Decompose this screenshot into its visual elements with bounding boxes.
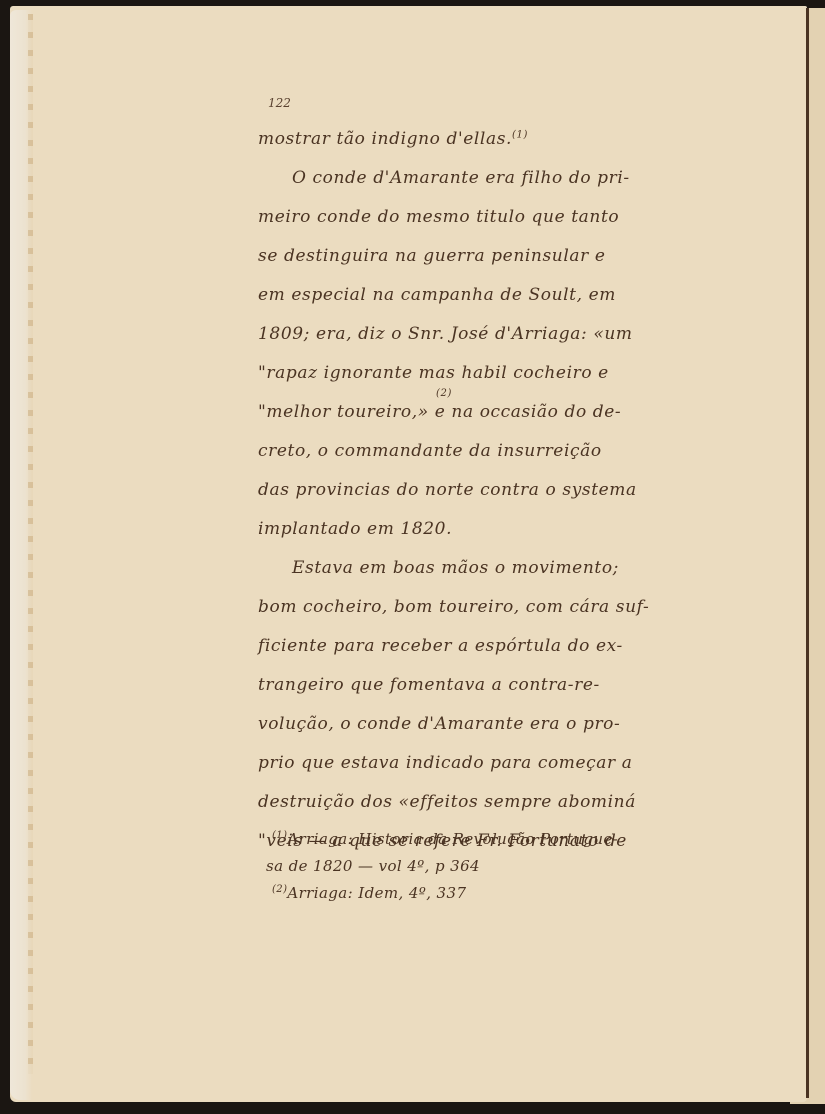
body-line: 1809; era, diz o Snr. José d'Arriaga: «u…	[258, 324, 633, 344]
body-line: bom cocheiro, bom toureiro, com cára suf…	[258, 597, 649, 617]
body-line: volução, o conde d'Amarante era o pro-	[258, 714, 620, 734]
footnote-1-continued: sa de 1820 — vol 4º, p 364	[266, 857, 480, 875]
binding-spine	[806, 8, 809, 1098]
body-line: em especial na campanha de Soult, em	[258, 285, 616, 305]
body-line: Estava em boas mãos o movimento;	[292, 558, 619, 578]
body-line: creto, o commandante da insurreição	[258, 441, 602, 461]
body-line: implantado em 1820.	[258, 519, 452, 539]
foxing-stains	[28, 14, 33, 1074]
footnote-2: (2)Arriaga: Idem, 4º, 337	[272, 884, 466, 902]
body-line: "melhor toureiro,» e na occasião do de-(…	[258, 402, 621, 422]
scanned-manuscript: 122 mostrar tão indigno d'ellas.(1) O co…	[0, 0, 825, 1114]
body-line: mostrar tão indigno d'ellas.(1)	[258, 129, 528, 149]
body-line: destruição dos «effeitos sempre abominá	[258, 792, 636, 812]
body-line: O conde d'Amarante era filho do pri-	[292, 168, 630, 188]
page-number: 122	[268, 96, 291, 110]
body-line: meiro conde do mesmo titulo que tanto	[258, 207, 619, 227]
body-line: prio que estava indicado para começar a	[258, 753, 633, 773]
body-line: "rapaz ignorante mas habil cocheiro e	[258, 363, 609, 383]
footnote-marker: (1)	[512, 129, 528, 140]
body-line: das provincias do norte contra o systema	[258, 480, 637, 500]
body-line: ficiente para receber a espórtula do ex-	[258, 636, 623, 656]
footnote-marker: (2)	[436, 388, 452, 399]
body-line: se destinguira na guerra peninsular e	[258, 246, 606, 266]
body-line: trangeiro que fomentava a contra-re-	[258, 675, 600, 695]
footnote-1: (1)Arriaga: Historia da Revolução Portug…	[272, 830, 618, 848]
